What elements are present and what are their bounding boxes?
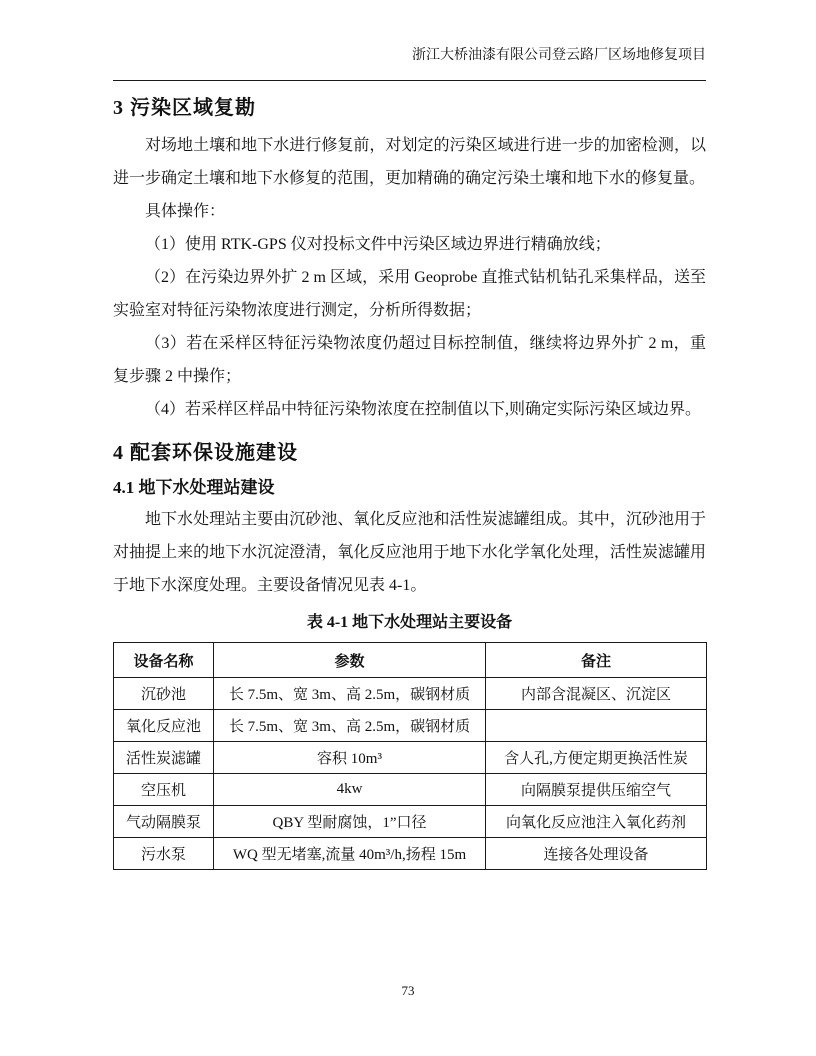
section-3-step-2: （2）在污染边界外扩 2 m 区域，采用 Geoprobe 直推式钻机钻孔采集样…: [113, 261, 706, 327]
cell-device-name: 污水泵: [114, 838, 214, 870]
column-header-device-name: 设备名称: [114, 643, 214, 678]
cell-parameters: QBY 型耐腐蚀，1”口径: [214, 806, 486, 838]
cell-notes: 含人孔,方便定期更换活性炭: [486, 742, 707, 774]
section-3-paragraph-operations-label: 具体操作：: [113, 195, 706, 228]
cell-device-name: 沉砂池: [114, 678, 214, 710]
cell-notes: 连接各处理设备: [486, 838, 707, 870]
equipment-table: 设备名称 参数 备注 沉砂池 长 7.5m、宽 3m、高 2.5m，碳钢材质 内…: [113, 642, 707, 870]
column-header-parameters: 参数: [214, 643, 486, 678]
cell-device-name: 空压机: [114, 774, 214, 806]
page-number: 73: [0, 983, 816, 999]
table-header-row: 设备名称 参数 备注: [114, 643, 707, 678]
cell-device-name: 氧化反应池: [114, 710, 214, 742]
table-row: 活性炭滤罐 容积 10m³ 含人孔,方便定期更换活性炭: [114, 742, 707, 774]
section-3-paragraph-intro: 对场地土壤和地下水进行修复前，对划定的污染区域进行进一步的加密检测，以进一步确定…: [113, 129, 706, 195]
section-4-1-heading: 4.1 地下水处理站建设: [113, 473, 706, 503]
table-4-1-caption: 表 4-1 地下水处理站主要设备: [113, 611, 706, 635]
cell-parameters: 容积 10m³: [214, 742, 486, 774]
section-3-step-1: （1）使用 RTK-GPS 仪对投标文件中污染区域边界进行精确放线；: [113, 228, 706, 261]
cell-notes: [486, 710, 707, 742]
header-title: 浙江大桥油漆有限公司登云路厂区场地修复项目: [412, 48, 706, 63]
cell-notes: 向隔膜泵提供压缩空气: [486, 774, 707, 806]
document-page: 浙江大桥油漆有限公司登云路厂区场地修复项目 3 污染区域复勘 对场地土壤和地下水…: [0, 0, 816, 1056]
cell-parameters: 长 7.5m、宽 3m、高 2.5m，碳钢材质: [214, 710, 486, 742]
section-4-1-paragraph: 地下水处理站主要由沉砂池、氧化反应池和活性炭滤罐组成。其中，沉砂池用于对抽提上来…: [113, 503, 706, 602]
table-row: 气动隔膜泵 QBY 型耐腐蚀，1”口径 向氧化反应池注入氧化药剂: [114, 806, 707, 838]
cell-parameters: 4kw: [214, 774, 486, 806]
cell-notes: 向氧化反应池注入氧化药剂: [486, 806, 707, 838]
cell-notes: 内部含混凝区、沉淀区: [486, 678, 707, 710]
table-row: 空压机 4kw 向隔膜泵提供压缩空气: [114, 774, 707, 806]
page-content: 3 污染区域复勘 对场地土壤和地下水进行修复前，对划定的污染区域进行进一步的加密…: [113, 94, 706, 870]
cell-parameters: 长 7.5m、宽 3m、高 2.5m，碳钢材质: [214, 678, 486, 710]
table-row: 污水泵 WQ 型无堵塞,流量 40m³/h,扬程 15m 连接各处理设备: [114, 838, 707, 870]
cell-device-name: 气动隔膜泵: [114, 806, 214, 838]
page-header: 浙江大桥油漆有限公司登云路厂区场地修复项目: [113, 46, 706, 81]
cell-parameters: WQ 型无堵塞,流量 40m³/h,扬程 15m: [214, 838, 486, 870]
column-header-notes: 备注: [486, 643, 707, 678]
section-3-step-3: （3）若在采样区特征污染物浓度仍超过目标控制值，继续将边界外扩 2 m，重复步骤…: [113, 327, 706, 393]
table-row: 氧化反应池 长 7.5m、宽 3m、高 2.5m，碳钢材质: [114, 710, 707, 742]
cell-device-name: 活性炭滤罐: [114, 742, 214, 774]
section-4-heading: 4 配套环保设施建设: [113, 439, 706, 467]
section-3-step-4: （4）若采样区样品中特征污染物浓度在控制值以下,则确定实际污染区域边界。: [113, 393, 706, 426]
table-row: 沉砂池 长 7.5m、宽 3m、高 2.5m，碳钢材质 内部含混凝区、沉淀区: [114, 678, 707, 710]
section-3-heading: 3 污染区域复勘: [113, 94, 706, 122]
